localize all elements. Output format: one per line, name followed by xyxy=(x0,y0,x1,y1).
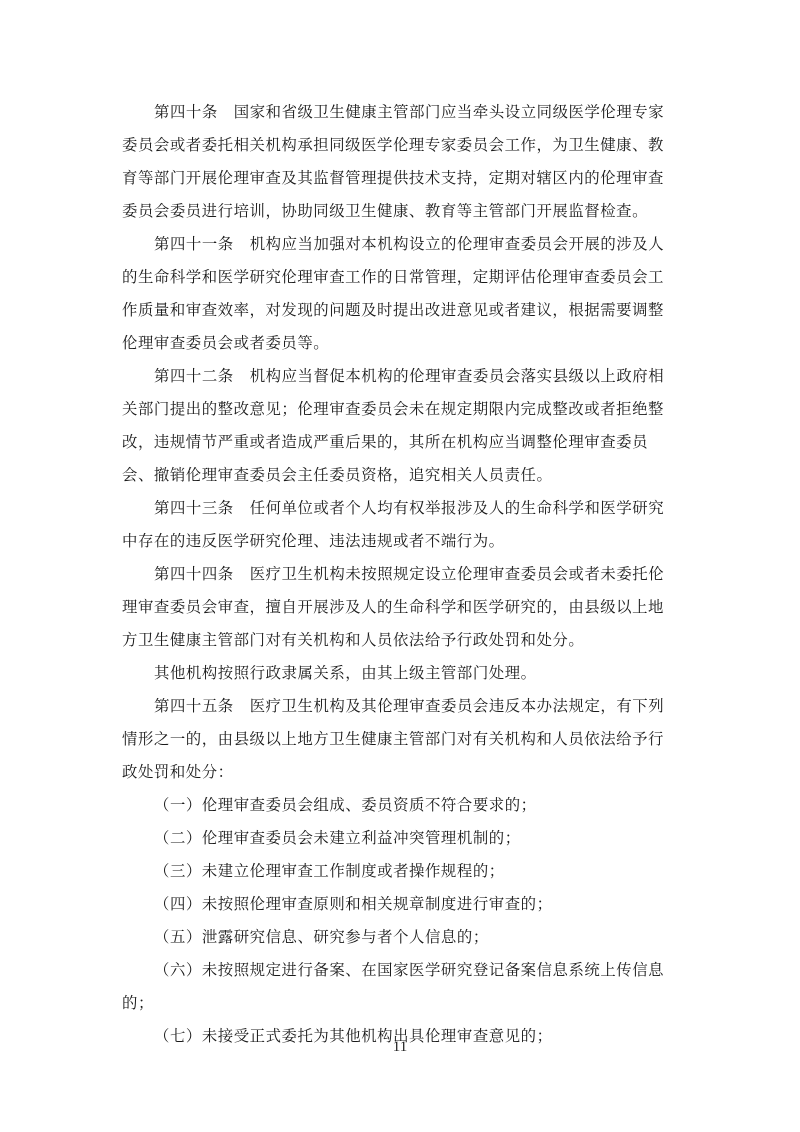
article-44-line-1: 第四十四条医疗卫生机构未按照规定设立伦理审查委员会或者未委托伦 xyxy=(122,558,670,591)
list-item-1: （一）伦理审查委员会组成、委员资质不符合要求的； xyxy=(122,789,670,822)
article-45-line-1: 第四十五条医疗卫生机构及其伦理审查委员会违反本办法规定，有下列 xyxy=(122,690,670,723)
article-40-line-2: 委员会或者委托相关机构承担同级医学伦理专家委员会工作，为卫生健康、教 xyxy=(122,129,670,162)
list-item-6-continuation: 的； xyxy=(122,987,670,1020)
article-42-line-2: 关部门提出的整改意见；伦理审查委员会未在规定期限内完成整改或者拒绝整 xyxy=(122,393,670,426)
list-item-6: （六）未按照规定进行备案、在国家医学研究登记备案信息系统上传信息 xyxy=(122,954,670,987)
article-41-line-1: 第四十一条机构应当加强对本机构设立的伦理审查委员会开展的涉及人 xyxy=(122,228,670,261)
article-44-line-3: 方卫生健康主管部门对有关机构和人员依法给予行政处罚和处分。 xyxy=(122,624,670,657)
article-42-line-1: 第四十二条机构应当督促本机构的伦理审查委员会落实县级以上政府相 xyxy=(122,360,670,393)
article-number: 第四十三条 xyxy=(154,499,234,517)
list-item-4: （四）未按照伦理审查原则和相关规章制度进行审查的； xyxy=(122,888,670,921)
list-item-3: （三）未建立伦理审查工作制度或者操作规程的； xyxy=(122,855,670,888)
article-number: 第四十条 xyxy=(154,103,218,121)
article-number: 第四十一条 xyxy=(154,235,234,253)
article-45-line-3: 政处罚和处分： xyxy=(122,756,670,789)
page-number: 11 xyxy=(0,1039,800,1056)
document-body: 第四十条国家和省级卫生健康主管部门应当牵头设立同级医学伦理专家 委员会或者委托相… xyxy=(122,96,670,1053)
article-43-line-2: 中存在的违反医学研究伦理、违法违规或者不端行为。 xyxy=(122,525,670,558)
article-40-line-4: 委员会委员进行培训，协助同级卫生健康、教育等主管部门开展监督检查。 xyxy=(122,195,670,228)
article-40-line-3: 育等部门开展伦理审查及其监督管理提供技术支持，定期对辖区内的伦理审查 xyxy=(122,162,670,195)
article-42-line-3: 改，违规情节严重或者造成严重后果的，其所在机构应当调整伦理审查委员 xyxy=(122,426,670,459)
article-42-line-4: 会、撤销伦理审查委员会主任委员资格，追究相关人员责任。 xyxy=(122,459,670,492)
article-number: 第四十四条 xyxy=(154,565,234,583)
paragraph-other-institutions: 其他机构按照行政隶属关系，由其上级主管部门处理。 xyxy=(122,657,670,690)
article-41-line-4: 伦理审查委员会或者委员等。 xyxy=(122,327,670,360)
article-43-line-1: 第四十三条任何单位或者个人均有权举报涉及人的生命科学和医学研究 xyxy=(122,492,670,525)
list-item-5: （五）泄露研究信息、研究参与者个人信息的； xyxy=(122,921,670,954)
article-41-line-2: 的生命科学和医学研究伦理审查工作的日常管理，定期评估伦理审查委员会工 xyxy=(122,261,670,294)
article-45-line-2: 情形之一的，由县级以上地方卫生健康主管部门对有关机构和人员依法给予行 xyxy=(122,723,670,756)
article-number: 第四十五条 xyxy=(154,697,234,715)
article-44-line-2: 理审查委员会审查，擅自开展涉及人的生命科学和医学研究的，由县级以上地 xyxy=(122,591,670,624)
article-41-line-3: 作质量和审查效率，对发现的问题及时提出改进意见或者建议，根据需要调整 xyxy=(122,294,670,327)
article-40-line-1: 第四十条国家和省级卫生健康主管部门应当牵头设立同级医学伦理专家 xyxy=(122,96,670,129)
article-number: 第四十二条 xyxy=(154,367,234,385)
list-item-2: （二）伦理审查委员会未建立利益冲突管理机制的； xyxy=(122,822,670,855)
